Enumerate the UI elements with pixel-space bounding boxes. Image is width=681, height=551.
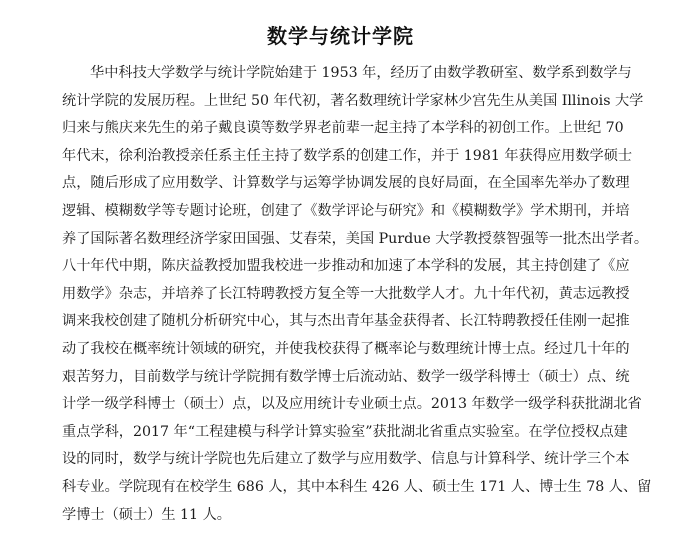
paragraph-line: 重点学科，2017 年“工程建模与科学计算实验室”获批湖北省重点实验室。在学位授… [62,419,622,447]
paragraph-line: 归来与熊庆来先生的弟子戴良谟等数学界老前辈一起主持了本学科的初创工作。上世纪 7… [62,115,622,143]
paragraph-line: 设的同时，数学与统计学院也先后建立了数学与应用数学、信息与计算科学、统计学三个本 [62,446,622,474]
paragraph-line: 点，随后形成了应用数学、计算数学与运筹学协调发展的良好局面，在全国率先举办了数理 [62,170,622,198]
paragraph-line: 用数学》杂志，并培养了长江特聘教授方复全等一大批数学人才。九十年代初，黄志远教授 [62,281,622,309]
paragraph-line: 华中科技大学数学与统计学院始建于 1953 年，经历了由数学教研室、数学系到数学… [62,60,622,88]
paragraph-line: 统计学院的发展历程。上世纪 50 年代初，著名数理统计学家林少宫先生从美国 Il… [62,88,622,116]
page-title: 数学与统计学院 [0,22,681,50]
paragraph-line: 科专业。学院现有在校学生 686 人，其中本科生 426 人、硕士生 171 人… [62,474,622,502]
paragraph-line: 年代末，徐利治教授亲任系主任主持了数学系的创建工作，并于 1981 年获得应用数… [62,143,622,171]
paragraph-line: 计学一级学科博士（硕士）点，以及应用统计专业硕士点。2013 年数学一级学科获批… [62,391,622,419]
body-paragraph: 华中科技大学数学与统计学院始建于 1953 年，经历了由数学教研室、数学系到数学… [62,60,622,529]
paragraph-line: 养了国际著名数理经济学家田国强、艾春荣，美国 Purdue 大学教授蔡智强等一批… [62,226,622,254]
paragraph-line: 学博士（硕士）生 11 人。 [62,502,622,530]
paragraph-line: 动了我校在概率统计领域的研究，并使我校获得了概率论与数理统计博士点。经过几十年的 [62,336,622,364]
paragraph-line: 八十年代中期，陈庆益教授加盟我校进一步推动和加速了本学科的发展，其主持创建了《应 [62,253,622,281]
paragraph-line: 调来我校创建了随机分析研究中心，其与杰出青年基金获得者、长江特聘教授任佳刚一起推 [62,308,622,336]
paragraph-line: 艰苦努力，目前数学与统计学院拥有数学博士后流动站、数学一级学科博士（硕士）点、统 [62,364,622,392]
paragraph-line: 逻辑、模糊数学等专题讨论班，创建了《数学评论与研究》和《模糊数学》学术期刊，并培 [62,198,622,226]
